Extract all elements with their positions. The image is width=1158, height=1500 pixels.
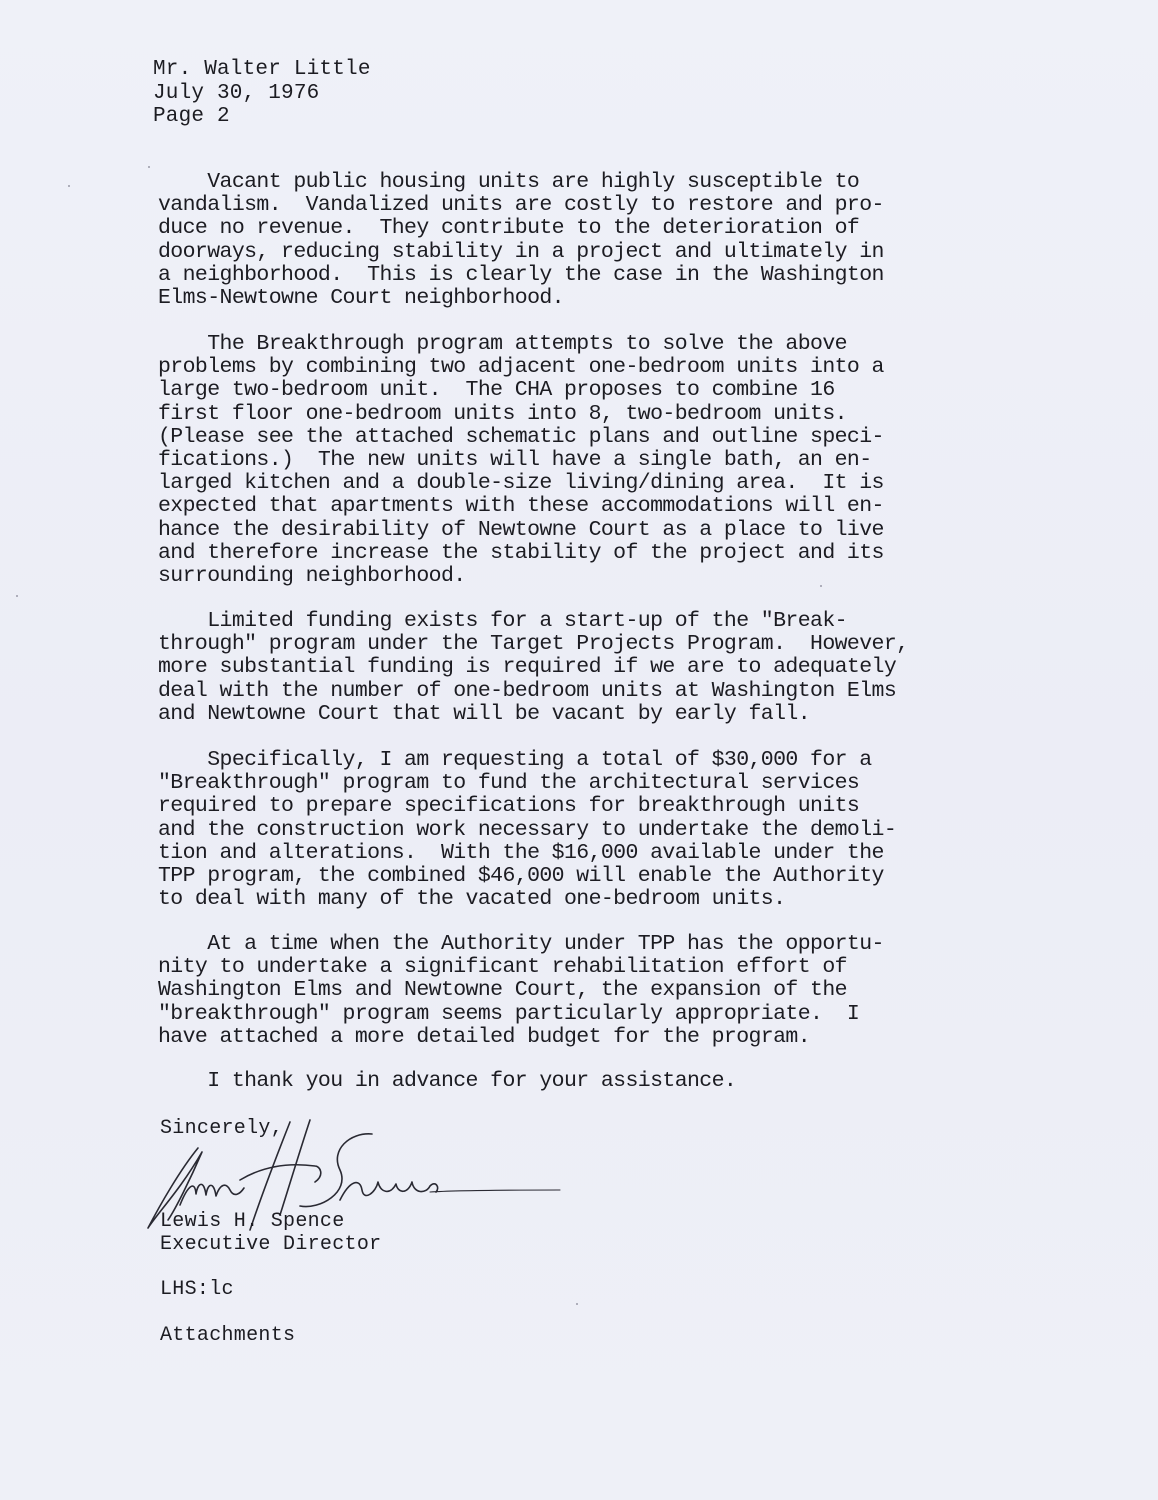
text-line: hance the desirability of Newtowne Court…: [158, 519, 978, 542]
text-line: problems by combining two adjacent one-b…: [158, 356, 978, 379]
text-line: doorways, reducing stability in a projec…: [158, 241, 978, 264]
text-line: have attached a more detailed budget for…: [158, 1026, 978, 1049]
recipient-name: Mr. Walter Little: [153, 58, 371, 82]
paragraph-breakthrough-program: The Breakthrough program attempts to sol…: [158, 333, 978, 588]
text-line: through" program under the Target Projec…: [158, 633, 978, 656]
paragraph-limited-funding: Limited funding exists for a start-up of…: [158, 610, 978, 726]
paragraph-vacancy-problem: Vacant public housing units are highly s…: [158, 171, 978, 310]
text-line: Limited funding exists for a start-up of…: [158, 610, 978, 633]
letter-page: Mr. Walter Little July 30, 1976 Page 2 V…: [0, 0, 1158, 1500]
text-line: and Newtowne Court that will be vacant b…: [158, 703, 978, 726]
scan-speck: [148, 166, 150, 168]
scan-speck: [820, 585, 822, 587]
text-line: Vacant public housing units are highly s…: [158, 171, 978, 194]
signer-title: Executive Director: [160, 1233, 381, 1256]
letter-header: Mr. Walter Little July 30, 1976 Page 2: [153, 58, 371, 129]
paragraph-rehabilitation-opportunity: At a time when the Authority under TPP h…: [158, 933, 978, 1049]
text-line: The Breakthrough program attempts to sol…: [158, 333, 978, 356]
text-line: Washington Elms and Newtowne Court, the …: [158, 979, 978, 1002]
text-line: duce no revenue. They contribute to the …: [158, 217, 978, 240]
paragraph-thanks: I thank you in advance for your assistan…: [158, 1070, 978, 1093]
text-line: more substantial funding is required if …: [158, 656, 978, 679]
text-line: a neighborhood. This is clearly the case…: [158, 264, 978, 287]
text-line: deal with the number of one-bedroom unit…: [158, 680, 978, 703]
text-line: I thank you in advance for your assistan…: [158, 1070, 978, 1093]
text-line: first floor one-bedroom units into 8, tw…: [158, 403, 978, 426]
text-line: surrounding neighborhood.: [158, 565, 978, 588]
letter-date: July 30, 1976: [153, 82, 371, 106]
signer-name: Lewis H. Spence: [160, 1210, 381, 1233]
signature-block: Lewis H. Spence Executive Director: [160, 1210, 381, 1256]
text-line: Specifically, I am requesting a total of…: [158, 749, 978, 772]
text-line: tion and alterations. With the $16,000 a…: [158, 842, 978, 865]
text-line: large two-bedroom unit. The CHA proposes…: [158, 379, 978, 402]
text-line: required to prepare specifications for b…: [158, 795, 978, 818]
page-number: Page 2: [153, 105, 371, 129]
text-line: TPP program, the combined $46,000 will e…: [158, 865, 978, 888]
text-line: Elms-Newtowne Court neighborhood.: [158, 287, 978, 310]
reference-initials: LHS:lc: [160, 1278, 234, 1301]
scan-speck: [16, 595, 18, 597]
text-line: and therefore increase the stability of …: [158, 542, 978, 565]
text-line: nity to undertake a significant rehabili…: [158, 956, 978, 979]
text-line: and the construction work necessary to u…: [158, 819, 978, 842]
text-line: "breakthrough" program seems particularl…: [158, 1003, 978, 1026]
enclosure-notation: Attachments: [160, 1324, 295, 1347]
text-line: (Please see the attached schematic plans…: [158, 426, 978, 449]
scan-speck: [68, 185, 70, 187]
scan-speck: [576, 1303, 578, 1305]
text-line: to deal with many of the vacated one-bed…: [158, 888, 978, 911]
text-line: "Breakthrough" program to fund the archi…: [158, 772, 978, 795]
text-line: vandalism. Vandalized units are costly t…: [158, 194, 978, 217]
paragraph-funding-request: Specifically, I am requesting a total of…: [158, 749, 978, 911]
text-line: larged kitchen and a double-size living/…: [158, 472, 978, 495]
text-line: expected that apartments with these acco…: [158, 495, 978, 518]
text-line: fications.) The new units will have a si…: [158, 449, 978, 472]
text-line: At a time when the Authority under TPP h…: [158, 933, 978, 956]
